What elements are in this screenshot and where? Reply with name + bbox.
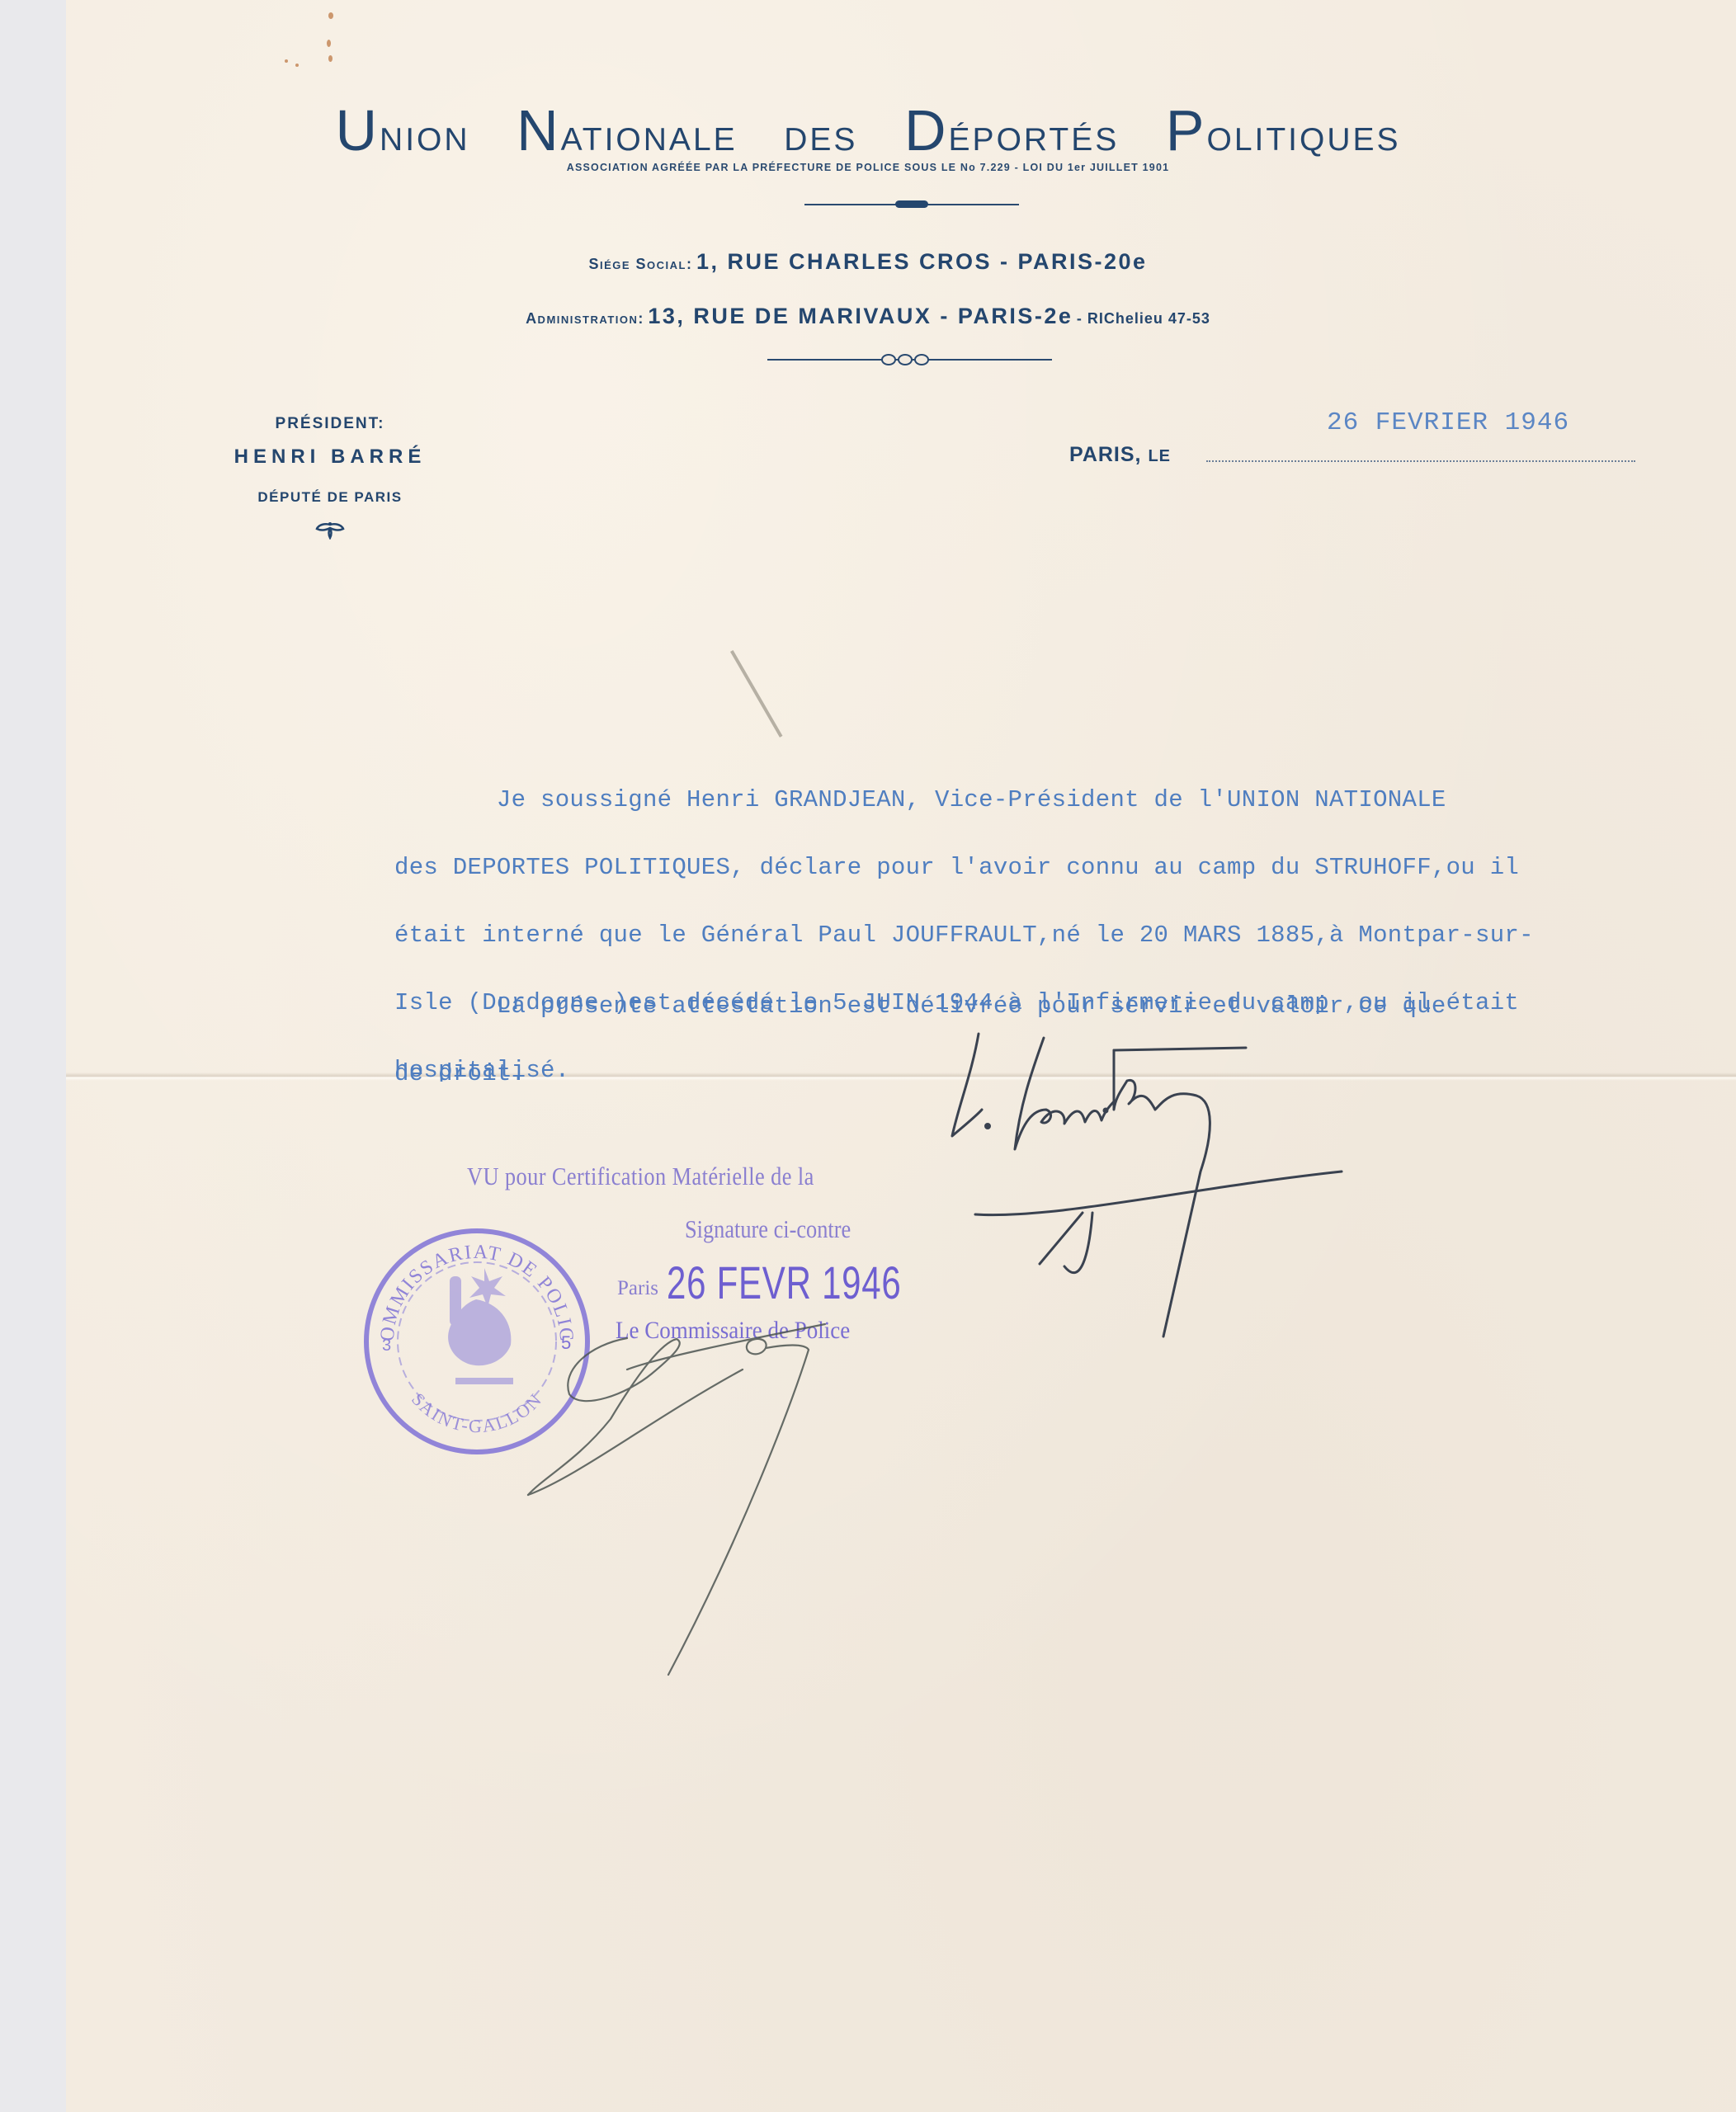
- text-line: Je soussigné Henri GRANDJEAN, Vice-Prési…: [394, 783, 1534, 817]
- administration-address: Administration: 13, RUE DE MARIVAUX - PA…: [0, 304, 1736, 329]
- stamp-commissaire-label: Le Commissaire de Police: [616, 1317, 850, 1345]
- seal-left-number: 3: [382, 1336, 391, 1355]
- rust-spot: [295, 64, 299, 67]
- association-registration-line: ASSOCIATION AGRÉÉE PAR LA PRÉFECTURE DE …: [0, 162, 1736, 173]
- organization-title: Union Nationale des Déportés Politiques: [0, 97, 1736, 163]
- title-word: Nationale: [517, 108, 738, 160]
- stamp-place: Paris: [617, 1277, 658, 1300]
- svg-text:SAINT-GALLON: SAINT-GALLON: [408, 1388, 546, 1436]
- title-word: Politiques: [1166, 108, 1401, 160]
- stamp-date: 26 FEVR 1946: [667, 1256, 902, 1309]
- place-label: PARIS, LE: [1069, 443, 1171, 467]
- certification-stamp-line-2: Signature ci-contre: [685, 1214, 851, 1244]
- text-line: La présente attestation est délivrée pou…: [394, 989, 1446, 1023]
- rust-spot: [328, 55, 333, 62]
- head-office-label: Siége Social:: [588, 256, 692, 272]
- administration-label: Administration:: [526, 310, 644, 327]
- title-word: Déportés: [904, 108, 1119, 160]
- fleuron-ornament-icon: [314, 520, 347, 545]
- attestation-paragraph-2: La présente attestation est délivrée pou…: [394, 955, 1446, 1124]
- president-label: PRÉSIDENT:: [239, 415, 421, 433]
- administration-value: 13, RUE DE MARIVAUX - PARIS-2e: [648, 304, 1073, 328]
- text-line: des DEPORTES POLITIQUES, déclare pour l'…: [394, 851, 1534, 884]
- seal-right-number: 5: [561, 1332, 571, 1353]
- president-name: HENRI BARRÉ: [198, 445, 462, 469]
- rust-spot: [328, 12, 333, 19]
- president-title: DÉPUTÉ DE PARIS: [239, 489, 421, 506]
- telephone-number: - RIChelieu 47-53: [1077, 310, 1210, 327]
- date-dotted-line: [1206, 460, 1635, 462]
- rust-spot: [327, 40, 331, 47]
- text-line: était interné que le Général Paul JOUFFR…: [394, 918, 1534, 952]
- text-line: de droit.: [394, 1057, 1446, 1091]
- seal-bottom-text: SAINT-GALLON: [408, 1388, 546, 1436]
- typed-date: 26 FEVRIER 1946: [1327, 408, 1569, 437]
- head-office-address: Siége Social: 1, RUE CHARLES CROS - PARI…: [0, 249, 1736, 275]
- head-office-value: 1, RUE CHARLES CROS - PARIS-20e: [696, 249, 1148, 274]
- rust-spot: [285, 59, 288, 63]
- certification-stamp-line-1: VU pour Certification Matérielle de la: [467, 1162, 814, 1191]
- address-divider-ornament: [873, 354, 937, 365]
- police-seal-icon: COMMISSARIAT DE POLICE SAINT-GALLON 3 5: [361, 1225, 593, 1458]
- header-divider-ornament: [895, 200, 928, 208]
- title-word: des: [784, 108, 857, 160]
- title-word: Union: [335, 108, 469, 160]
